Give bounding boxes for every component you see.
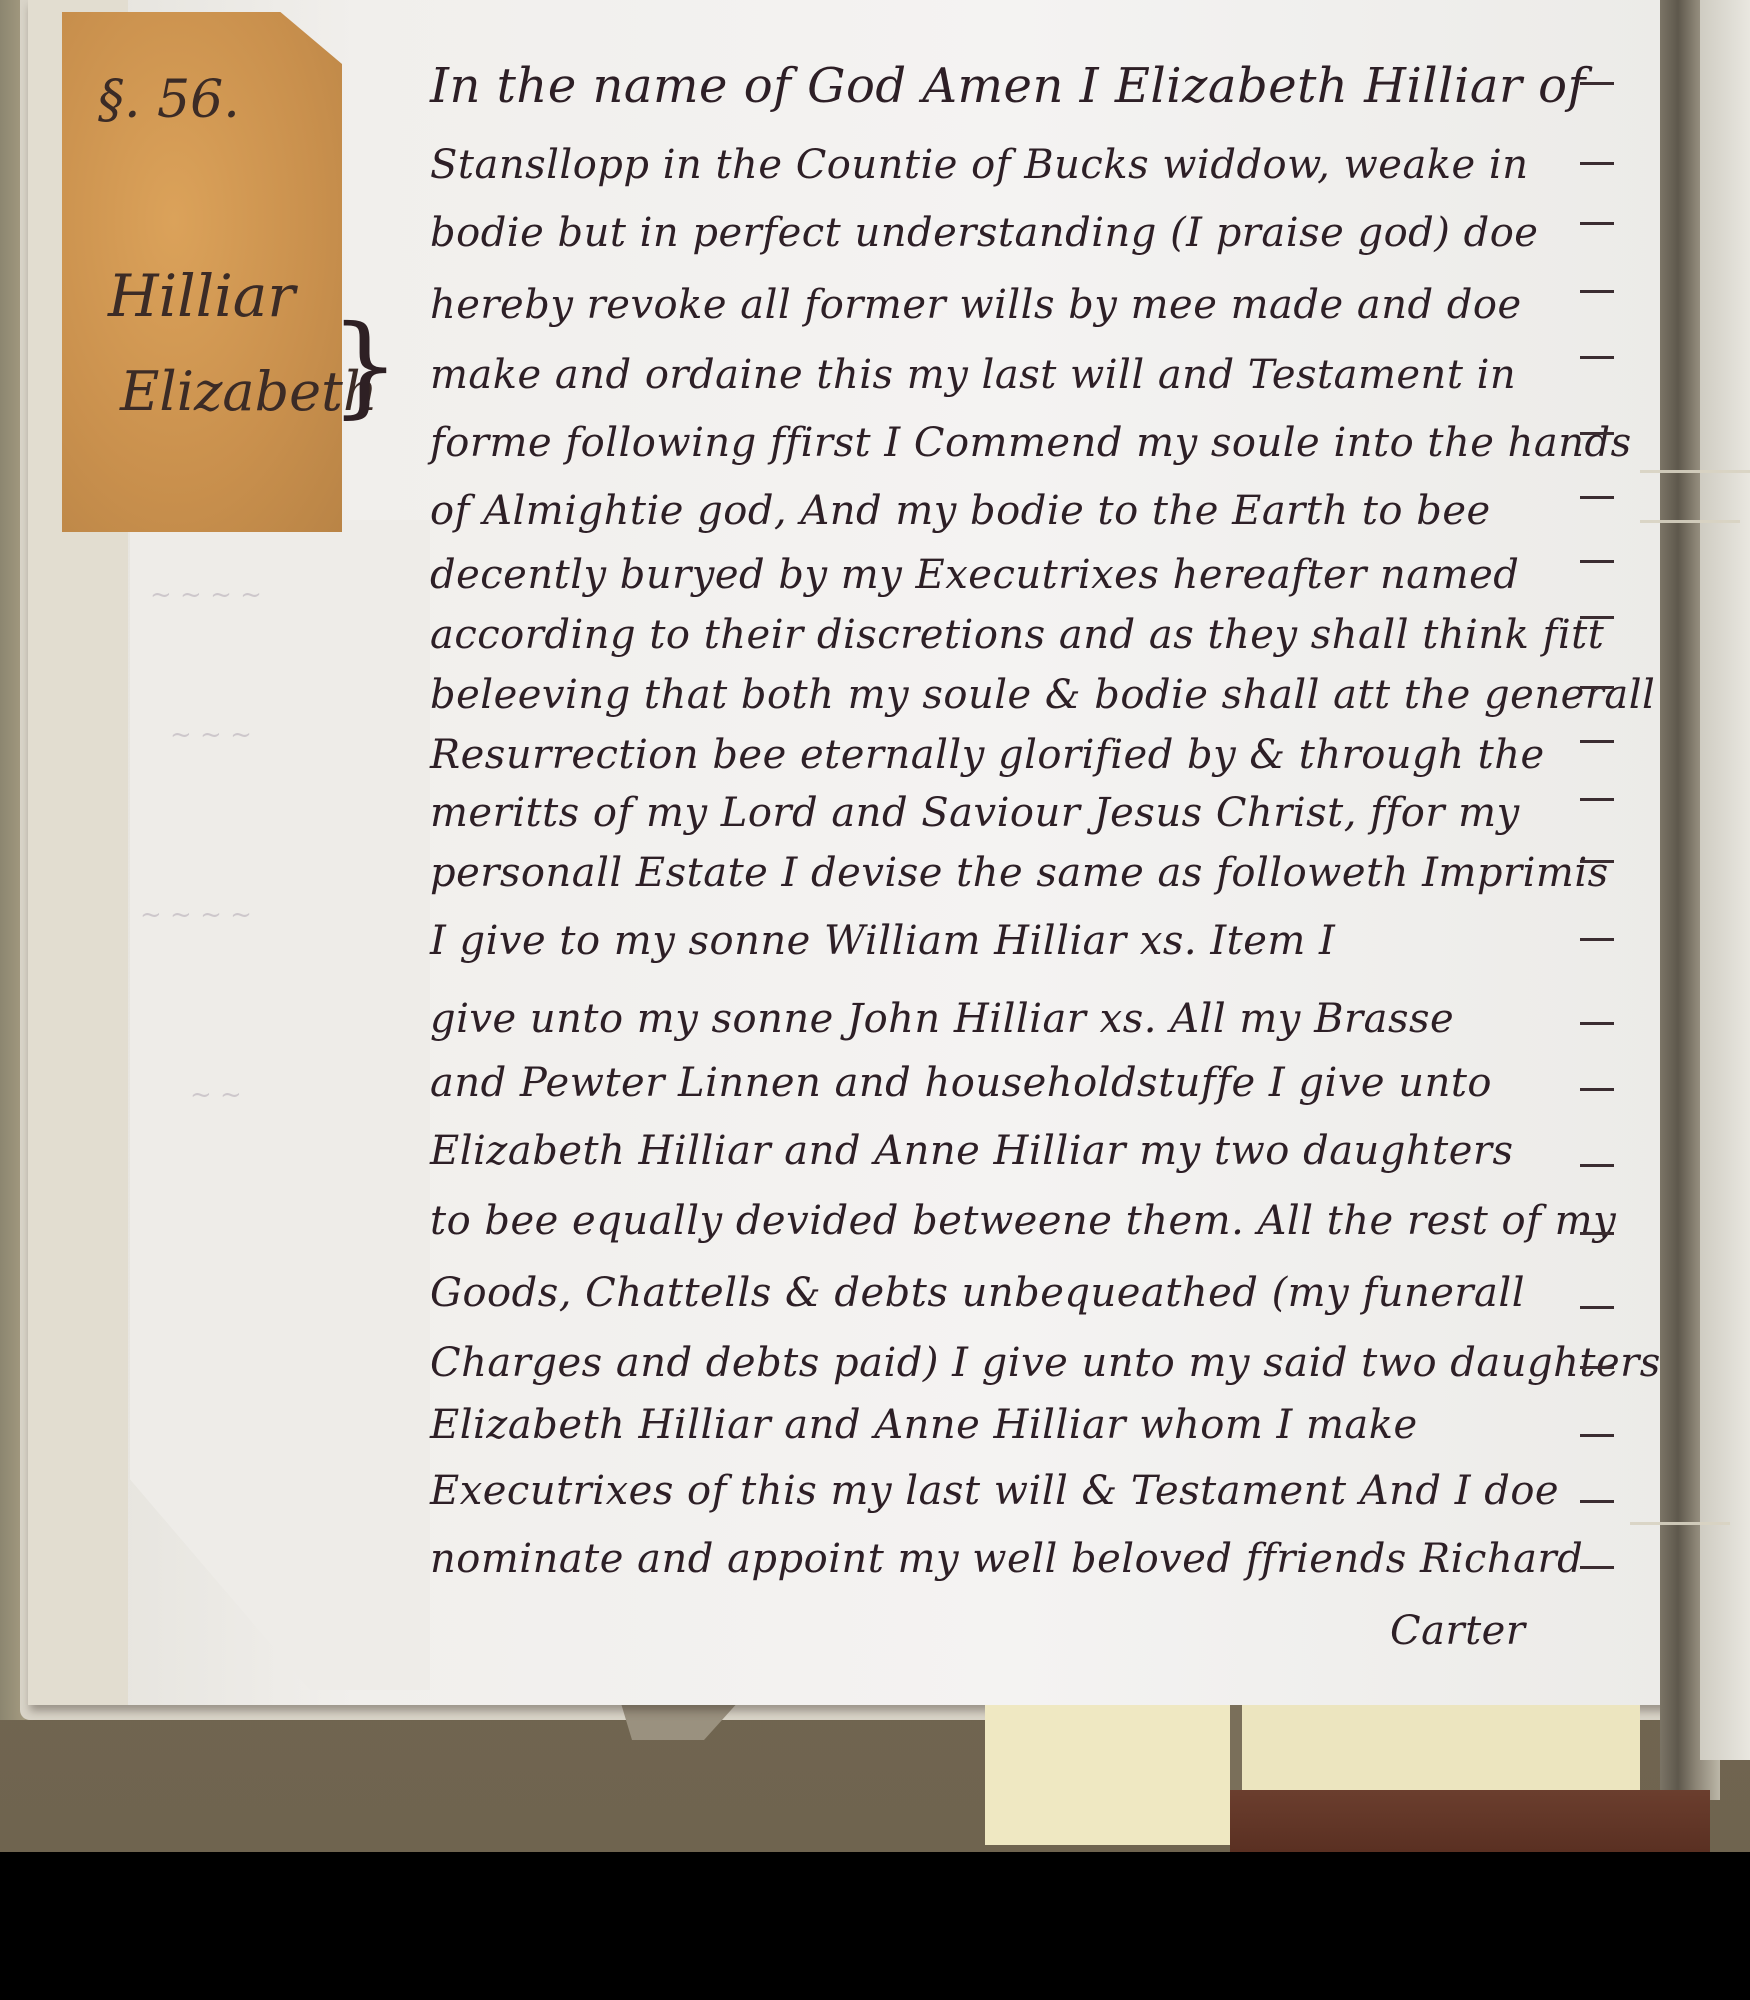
text-line: Stansllopp in the Countie of Bucks widdo… [430, 142, 1529, 188]
text-line: beleeving that both my soule & bodie sha… [430, 672, 1655, 718]
line-filler-dash [1580, 1366, 1614, 1369]
text-line: to bee equally devided betweene them. Al… [430, 1198, 1616, 1244]
line-filler-dash [1580, 938, 1614, 941]
line-filler-dash [1580, 356, 1614, 359]
text-line: hereby revoke all former wills by mee ma… [430, 282, 1522, 328]
binding-thread [1640, 470, 1750, 473]
line-filler-dash [1580, 1306, 1614, 1309]
line-filler-dash [1580, 1088, 1614, 1091]
line-filler-dash [1580, 496, 1614, 499]
text-line: Carter [1390, 1608, 1525, 1654]
text-line: bodie but in perfect understanding (I pr… [430, 210, 1538, 256]
text-line: Elizabeth Hilliar and Anne Hilliar my tw… [430, 1128, 1514, 1174]
text-line: Goods, Chattells & debts unbequeathed (m… [430, 1270, 1525, 1316]
text-line: of Almightie god, And my bodie to the Ea… [430, 488, 1491, 534]
text-line: give unto my sonne John Hilliar xs. All … [430, 996, 1454, 1042]
line-filler-dash [1580, 616, 1614, 619]
line-filler-dash [1580, 740, 1614, 743]
brace-icon: } [330, 310, 400, 420]
adjacent-page-edge [1700, 0, 1750, 1760]
line-filler-dash [1580, 222, 1614, 225]
line-filler-dash [1580, 432, 1614, 435]
bleed-through-sheet: ~ ~ ~ ~ ~ ~ ~ ~ ~ ~ ~ ~ ~ [130, 520, 430, 1690]
line-filler-dash [1580, 798, 1614, 801]
text-line: decently buryed by my Executrixes hereaf… [430, 552, 1519, 598]
text-line: I give to my sonne William Hilliar xs. I… [430, 918, 1335, 964]
text-line: Resurrection bee eternally glorified by … [430, 732, 1545, 778]
text-line: meritts of my Lord and Saviour Jesus Chr… [430, 790, 1520, 836]
line-filler-dash [1580, 162, 1614, 165]
line-filler-dash [1580, 560, 1614, 563]
binding-thread [1640, 520, 1740, 523]
line-filler-dash [1580, 82, 1614, 85]
text-line: according to their discretions and as th… [430, 612, 1604, 658]
page-fold-tab [620, 1700, 740, 1740]
text-line: Elizabeth Hilliar and Anne Hilliar whom … [430, 1402, 1418, 1448]
leather-binding-corner [1230, 1790, 1710, 1852]
text-line: In the name of God Amen I Elizabeth Hill… [430, 58, 1586, 114]
text-line: Executrixes of this my last will & Testa… [430, 1468, 1559, 1514]
text-line: nominate and appoint my well beloved ffr… [430, 1536, 1583, 1582]
will-text: In the name of God Amen I Elizabeth Hill… [430, 0, 1610, 1700]
margin-reference-number: §. 56. [98, 70, 240, 130]
margin-surname: Hilliar [108, 262, 295, 330]
line-filler-dash [1580, 686, 1614, 689]
text-line: forme following ffirst I Commend my soul… [430, 420, 1632, 466]
text-line: personall Estate I devise the same as fo… [430, 850, 1609, 896]
binding-thread [1630, 1522, 1730, 1525]
line-filler-dash [1580, 1232, 1614, 1235]
manuscript-photo: ~ ~ ~ ~ ~ ~ ~ ~ ~ ~ ~ ~ ~ §. 56. Hilliar… [0, 0, 1750, 1852]
line-filler-dash [1580, 1500, 1614, 1503]
text-line: Charges and debts paid) I give unto my s… [430, 1340, 1661, 1386]
line-filler-dash [1580, 1164, 1614, 1167]
line-filler-dash [1580, 860, 1614, 863]
bottom-tab-card [985, 1705, 1230, 1845]
line-filler-dash [1580, 1022, 1614, 1025]
line-filler-dash [1580, 290, 1614, 293]
line-filler-dash [1580, 1434, 1614, 1437]
text-line: and Pewter Linnen and householdstuffe I … [430, 1060, 1492, 1106]
text-line: make and ordaine this my last will and T… [430, 352, 1516, 398]
line-filler-dash [1580, 1566, 1614, 1569]
